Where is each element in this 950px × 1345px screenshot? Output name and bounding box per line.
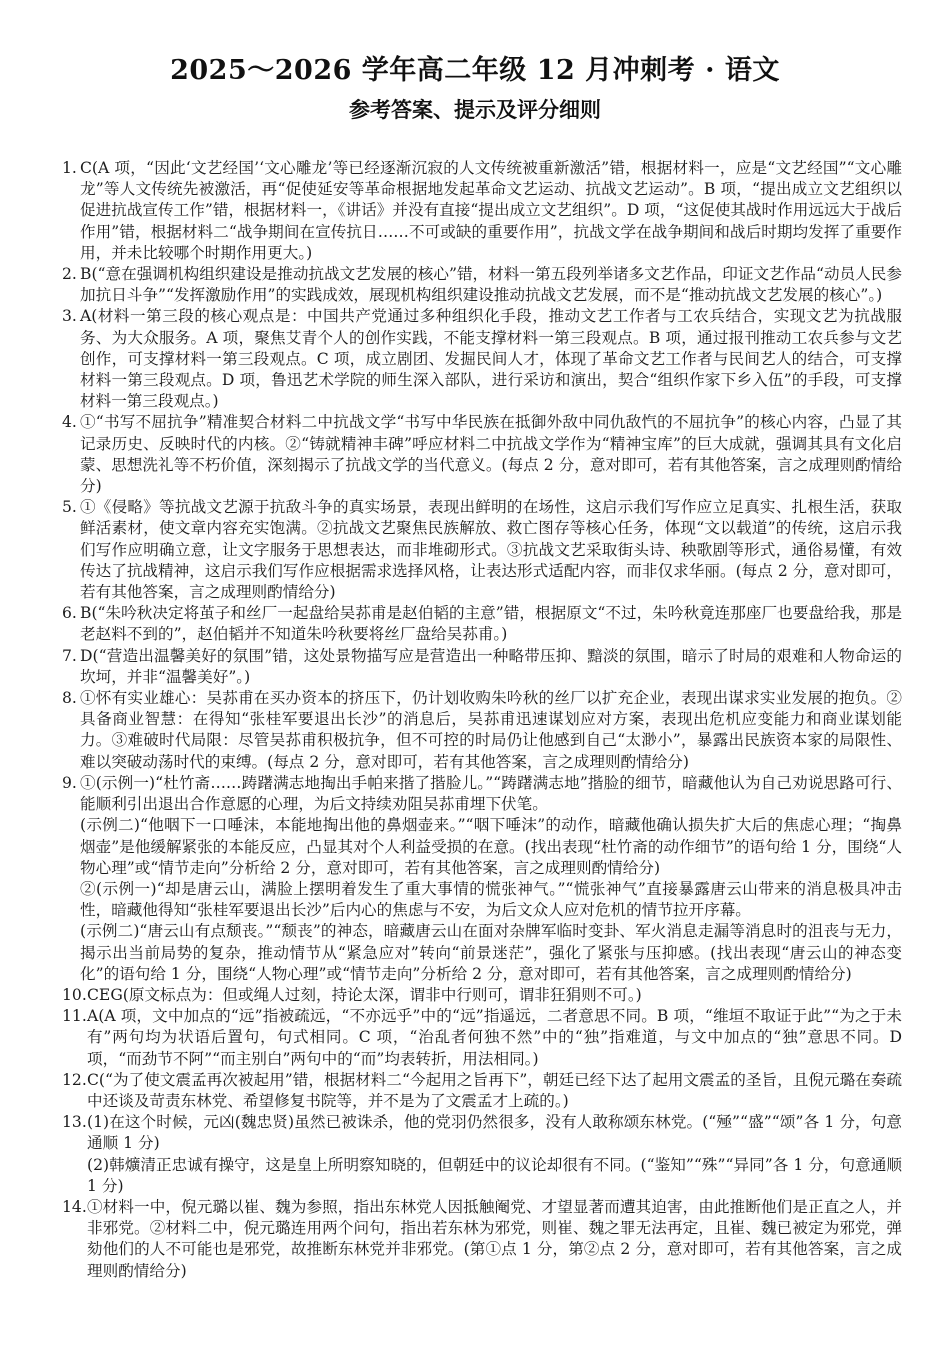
answer-text: (2)韩爌清正忠诚有操守，这是皇上所明察知晓的，但朝廷中的议论却很有不同。(“鉴…: [87, 1155, 902, 1197]
answer-item-5: 5. ①《侵略》等抗战文艺源于抗敌斗争的真实场景，表现出鲜明的在场性，这启示我们…: [62, 497, 902, 603]
answer-item-2: 2. B(“意在强调机构组织建设是推动抗战文艺发展的核心”错，材料一第五段列举诸…: [62, 264, 902, 306]
answer-number: 5.: [62, 497, 77, 518]
answer-number: 14.: [62, 1197, 87, 1218]
answer-number: 3.: [62, 306, 77, 327]
answer-text: ②(示例一)“却是唐云山，满脸上摆明着发生了重大事情的慌张神气。”“慌张神气”直…: [80, 879, 902, 921]
answer-number: 8.: [62, 688, 77, 709]
answer-text: ①《侵略》等抗战文艺源于抗敌斗争的真实场景，表现出鲜明的在场性，这启示我们写作应…: [80, 497, 902, 603]
answer-number: 9.: [62, 773, 77, 794]
answer-text: (示例二)“他咽下一口唾沫，本能地掏出他的鼻烟壶来。”“咽下唾沫”的动作，暗藏他…: [80, 815, 902, 879]
answer-list: 1. C(A 项，“因此‘文艺经国’‘文心雕龙’等已经逐渐沉寂的人文传统被重新激…: [62, 158, 902, 1282]
answer-number: 12.: [62, 1070, 87, 1091]
answer-item-6: 6. B(“朱吟秋决定将茧子和丝厂一起盘给吴荪甫是赵伯韬的主意”错，根据原文“不…: [62, 603, 902, 645]
answer-text: ①材料一中，倪元璐以崔、魏为参照，指出东林党人因抵触阉党、才望显著而遭其迫害，由…: [87, 1197, 902, 1282]
answer-key-page: 2025～2026 学年高二年级 12 月冲刺考 · 语文 参考答案、提示及评分…: [0, 0, 950, 1345]
document-title: 2025～2026 学年高二年级 12 月冲刺考 · 语文: [0, 48, 950, 87]
answer-number: 2.: [62, 264, 77, 285]
answer-text: (示例二)“唐云山有点颓丧。”“颓丧”的神态，暗藏唐云山在面对杂牌军临时变卦、军…: [80, 921, 902, 985]
answer-item-7: 7. D(“营造出温馨美好的氛围”错，这处景物描写应是营造出一种略带压抑、黯淡的…: [62, 646, 902, 688]
answer-item-1: 1. C(A 项，“因此‘文艺经国’‘文心雕龙’等已经逐渐沉寂的人文传统被重新激…: [62, 158, 902, 264]
answer-item-10: 10. CEG(原文标点为：但或绳人过刻，持论太深，谓非中行则可，谓非狂狷则不可…: [62, 985, 902, 1006]
answer-item-8: 8. ①怀有实业雄心：吴荪甫在买办资本的挤压下，仍计划收购朱吟秋的丝厂以扩充企业…: [62, 688, 902, 773]
answer-item-11: 11. A(A 项，文中加点的“远”指被疏远，“不亦远乎”中的“远”指遥远，二者…: [62, 1006, 902, 1070]
answer-text: A(材料一第三段的核心观点是：中国共产党通过多种组织化手段，推动文艺工作者与工农…: [80, 306, 902, 412]
answer-item-13: 13. (1)在这个时候，元凶(魏忠贤)虽然已被诛杀，他的党羽仍然很多，没有人敢…: [62, 1112, 902, 1197]
answer-text: B(“朱吟秋决定将茧子和丝厂一起盘给吴荪甫是赵伯韬的主意”错，根据原文“不过，朱…: [80, 603, 902, 645]
answer-item-12: 12. C(“为了使文震孟再次被起用”错，根据材料二“今起用之旨再下”，朝廷已经…: [62, 1070, 902, 1112]
answer-item-14: 14. ①材料一中，倪元璐以崔、魏为参照，指出东林党人因抵触阉党、才望显著而遭其…: [62, 1197, 902, 1282]
answer-text: ①“书写不屈抗争”精准契合材料二中抗战文学“书写中华民族在抵御外敌中同仇敌忾的不…: [80, 412, 902, 497]
answer-number: 1.: [62, 158, 77, 179]
answer-text: ①(示例一)“杜竹斋……踌躇满志地掏出手帕来揩了揩脸儿。”“踌躇满志地”揩脸的细…: [80, 773, 902, 815]
answer-text: B(“意在强调机构组织建设是推动抗战文艺发展的核心”错，材料一第五段列举诸多文艺…: [80, 264, 902, 306]
answer-number: 6.: [62, 603, 77, 624]
answer-item-4: 4. ①“书写不屈抗争”精准契合材料二中抗战文学“书写中华民族在抵御外敌中同仇敌…: [62, 412, 902, 497]
answer-text: C(“为了使文震孟再次被起用”错，根据材料二“今起用之旨再下”，朝廷已经下达了起…: [87, 1070, 902, 1112]
answer-number: 4.: [62, 412, 77, 433]
answer-number: 7.: [62, 646, 77, 667]
answer-item-3: 3. A(材料一第三段的核心观点是：中国共产党通过多种组织化手段，推动文艺工作者…: [62, 306, 902, 412]
answer-text: A(A 项，文中加点的“远”指被疏远，“不亦远乎”中的“远”指遥远，二者意思不同…: [87, 1006, 902, 1070]
answer-text: C(A 项，“因此‘文艺经国’‘文心雕龙’等已经逐渐沉寂的人文传统被重新激活”错…: [80, 158, 902, 264]
answer-text: CEG(原文标点为：但或绳人过刻，持论太深，谓非中行则可，谓非狂狷则不可。): [87, 985, 902, 1006]
answer-number: 13.: [62, 1112, 87, 1133]
answer-number: 10.: [62, 985, 87, 1006]
document-subtitle: 参考答案、提示及评分细则: [0, 94, 950, 124]
answer-text: D(“营造出温馨美好的氛围”错，这处景物描写应是营造出一种略带压抑、黯淡的氛围，…: [80, 646, 902, 688]
answer-number: 11.: [62, 1006, 87, 1027]
answer-text: ①怀有实业雄心：吴荪甫在买办资本的挤压下，仍计划收购朱吟秋的丝厂以扩充企业，表现…: [80, 688, 902, 773]
answer-text: (1)在这个时候，元凶(魏忠贤)虽然已被诛杀，他的党羽仍然很多，没有人敢称颂东林…: [87, 1112, 902, 1154]
answer-item-9: 9. ①(示例一)“杜竹斋……踌躇满志地掏出手帕来揩了揩脸儿。”“踌躇满志地”揩…: [62, 773, 902, 985]
